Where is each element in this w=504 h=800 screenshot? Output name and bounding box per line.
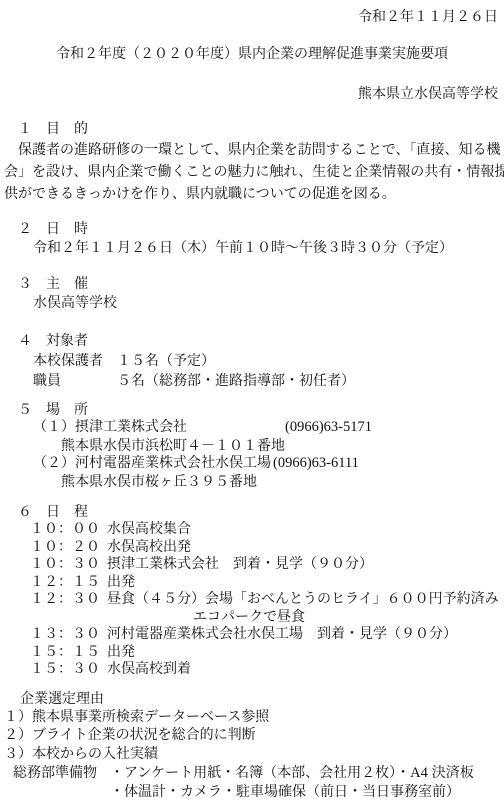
organizer-value: 水俣高等学校 bbox=[4, 293, 500, 311]
schedule-time: １０：３０ bbox=[30, 555, 107, 573]
section-venues-heading: ５ 場 所 bbox=[4, 400, 500, 418]
venue-address: 熊本県水俣市浜松町４－１０１番地 bbox=[4, 437, 500, 455]
document-title: 令和２年度（２０２０年度）県内企業の理解促進事業実施要項 bbox=[4, 45, 500, 61]
section-organizer-heading: ３ 主 催 bbox=[4, 273, 500, 293]
participants-guardians: 本校保護者 １５名（予定） bbox=[4, 350, 500, 370]
paper-size-code: A4 bbox=[410, 765, 428, 781]
schedule-row: １０：３０摂津工業株式会社 到着・見学（９０分） bbox=[4, 555, 500, 573]
schedule-activity: 出発 bbox=[107, 643, 135, 659]
preparations-items: 決済板 bbox=[428, 764, 474, 780]
schedule-row: １２：３０昼食（４５分）会場「おべんとうのヒライ」６００円予約済み bbox=[4, 590, 500, 608]
schedule-row: １５：１５出発 bbox=[4, 643, 500, 661]
schedule-activity: 摂津工業株式会社 到着・見学（９０分） bbox=[107, 555, 373, 571]
participants-staff: 職員 ５名（総務部・進路指導部・初任者） bbox=[4, 370, 500, 390]
schedule-time: １０：００ bbox=[30, 520, 107, 538]
school-name: 熊本県立水俣高等学校 bbox=[4, 85, 500, 101]
schedule-activity: 水俣高校集合 bbox=[107, 520, 191, 536]
schedule-row: １２：１５出発 bbox=[4, 573, 500, 591]
section-purpose-heading: １ 目 的 bbox=[4, 118, 500, 138]
schedule-time: １２：３０ bbox=[30, 590, 107, 608]
venue-row: （１）摂津工業株式会社(0966)63-5171 bbox=[4, 418, 500, 437]
schedule-row: １５：３０水俣高校到着 bbox=[4, 660, 500, 678]
selection-reason: ３）本校からの入社実績 bbox=[4, 744, 500, 763]
schedule-time: １５：１５ bbox=[30, 643, 107, 661]
section-datetime-heading: ２ 日 時 bbox=[4, 218, 500, 238]
purpose-paragraph-line: 供ができるきっかけを作り、県内就職についての促進を図る。 bbox=[4, 182, 500, 204]
schedule-row: １０：２０水俣高校出発 bbox=[4, 538, 500, 556]
venue-address: 熊本県水俣市桜ヶ丘３９５番地 bbox=[4, 473, 500, 491]
purpose-paragraph-line: 保護者の進路研修の一環として、県内企業を訪問することで、「直接、知る機 bbox=[4, 138, 500, 160]
schedule-activity: 水俣高校到着 bbox=[107, 660, 191, 676]
preparations-row: 総務部準備物・アンケート用紙・名簿（本部、会社用２枚）・A4 決済板 bbox=[4, 763, 500, 783]
schedule-time: １５：３０ bbox=[30, 660, 107, 678]
datetime-value: 令和２年１１月２６日（木）午前１０時～午後３時３０分（予定） bbox=[4, 238, 500, 256]
schedule-lunch-note: エコパークで昼食 bbox=[4, 608, 500, 626]
selection-reason: １）熊本県事業所検索データーベース参照 bbox=[4, 707, 500, 726]
section-participants-heading: ４ 対象者 bbox=[4, 330, 500, 350]
issue-date: 令和２年１１月２６日 bbox=[4, 8, 500, 24]
schedule-activity: 出発 bbox=[107, 573, 135, 589]
venue-phone: (0966)63-5171 bbox=[285, 419, 372, 435]
preparations-label: 総務部準備物 bbox=[13, 763, 110, 782]
document-page: 令和２年１１月２６日 令和２年度（２０２０年度）県内企業の理解促進事業実施要項 … bbox=[0, 0, 504, 800]
schedule-time: １３：３０ bbox=[30, 625, 107, 643]
selection-reasons-heading: 企業選定理由 bbox=[4, 689, 500, 707]
selection-reason: ２）ブライト企業の状況を総合的に判断 bbox=[4, 725, 500, 744]
venue-row: （２）河村電器産業株式会社水俣工場(0966)63-6111 bbox=[4, 454, 500, 473]
preparations-items-line2: ・体温計・カメラ・駐車場確保（前日・当日事務室前） bbox=[4, 782, 500, 800]
schedule-activity: 河村電器産業株式会社水俣工場 到着・見学（９０分） bbox=[107, 625, 457, 641]
section-schedule-heading: ６ 日 程 bbox=[4, 502, 500, 520]
schedule-activity: 昼食（４５分）会場「おべんとうのヒライ」６００円予約済み bbox=[107, 590, 499, 606]
preparations-items: ・アンケート用紙・名簿（本部、会社用２枚）・ bbox=[110, 764, 410, 780]
venue-phone: (0966)63-6111 bbox=[273, 455, 359, 471]
purpose-paragraph-line: 会」を設け、県内企業で働くことの魅力に触れ、生徒と企業情報の共有・情報提 bbox=[4, 160, 500, 182]
schedule-row: １３：３０河村電器産業株式会社水俣工場 到着・見学（９０分） bbox=[4, 625, 500, 643]
schedule-row: １０：００水俣高校集合 bbox=[4, 520, 500, 538]
schedule-activity: 水俣高校出発 bbox=[107, 538, 191, 554]
venue-name: （２）河村電器産業株式会社水俣工場 bbox=[33, 454, 273, 472]
schedule-time: １２：１５ bbox=[30, 573, 107, 591]
venue-name: （１）摂津工業株式会社 bbox=[33, 418, 285, 436]
schedule-time: １０：２０ bbox=[30, 538, 107, 556]
